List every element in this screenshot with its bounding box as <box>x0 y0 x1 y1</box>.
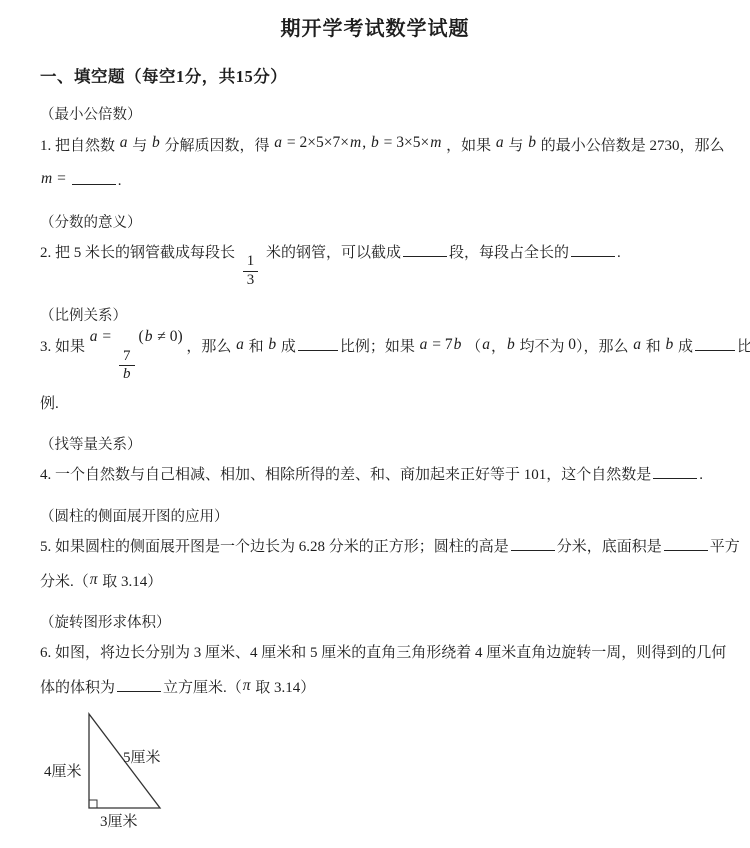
math-fraction: 7b <box>119 349 135 384</box>
math-fraction: 13 <box>243 254 259 289</box>
math-expression: ≠ 0) <box>153 328 182 345</box>
section-heading-fill-in-blanks: 一、填空题（每空1分，共15分） <box>40 63 710 87</box>
text-run: 取 3.14） <box>252 680 316 696</box>
exam-title: 期开学考试数学试题 <box>40 12 710 41</box>
question-4-line-1: 4. 一个自然数与自己相减、相加、相除所得的差、和、商加起来正好等于 101，这… <box>40 462 710 488</box>
text-run: 分米.（ <box>40 574 89 590</box>
math-expression: = 7 <box>428 336 452 353</box>
text-run: . <box>617 245 621 261</box>
right-triangle-figure: 4厘米 5厘米 3厘米 <box>40 710 230 835</box>
fraction-numerator: 7 <box>119 349 135 367</box>
hint-proportion: （比例关系） <box>40 304 710 325</box>
math-variable: b <box>453 336 463 353</box>
text-run: 3. 如果 <box>40 339 89 355</box>
math-variable: π <box>242 677 252 694</box>
math-variable: b <box>151 134 161 151</box>
answer-blank <box>571 241 615 257</box>
answer-blank <box>664 535 708 551</box>
text-run: 与 <box>505 138 528 154</box>
exam-page: 期开学考试数学试题 一、填空题（每空1分，共15分） （最小公倍数） 1. 把自… <box>0 0 750 848</box>
side-label-hypotenuse: 5厘米 <box>123 749 161 766</box>
question-1-line-1: 1. 把自然数 a 与 b 分解质因数，得 a = 2×5×7×m, b = 3… <box>40 132 710 159</box>
hint-rotation-volume: （旋转图形求体积） <box>40 611 710 632</box>
text-run: 和 <box>642 339 665 355</box>
math-variable: a <box>235 336 245 353</box>
fraction-numerator: 1 <box>243 254 259 272</box>
text-run: 4. 一个自然数与自己相减、相加、相除所得的差、和、商加起来正好等于 101，这… <box>40 467 651 483</box>
text-run: . <box>699 467 703 483</box>
math-variable: a <box>495 134 505 151</box>
math-expression: , <box>362 134 370 151</box>
question-6-line-2: 体的体积为立方厘米.（π 取 3.14） <box>40 674 710 701</box>
math-variable: a <box>481 336 491 353</box>
math-expression: 0 <box>568 336 576 353</box>
text-run: ，如果 <box>442 138 495 154</box>
text-run: 2. 把 5 米长的钢管截成每段长 <box>40 245 239 261</box>
math-expression: = <box>53 170 70 187</box>
fraction-denominator: b <box>119 366 135 383</box>
math-variable: a <box>419 336 429 353</box>
answer-blank <box>403 241 447 257</box>
question-2-line-1: 2. 把 5 米长的钢管截成每段长 13 米的钢管，可以截成段，每段占全长的. <box>40 240 710 289</box>
math-variable: a <box>119 134 129 151</box>
text-run: 体的体积为 <box>40 680 115 696</box>
side-label-base: 3厘米 <box>100 813 138 830</box>
answer-blank <box>298 335 338 351</box>
math-expression: = 3×5× <box>380 134 429 151</box>
text-run: ， <box>491 339 506 355</box>
text-run: 和 <box>245 339 268 355</box>
side-label-vertical: 4厘米 <box>44 763 82 780</box>
text-run: 成 <box>277 339 296 355</box>
triangle-figure-wrap: 4厘米 5厘米 3厘米 <box>40 710 710 840</box>
math-variable: b <box>665 336 675 353</box>
math-variable: b <box>267 336 277 353</box>
math-variable: m <box>40 170 53 187</box>
answer-blank <box>117 676 161 692</box>
question-5-line-2: 分米.（π 取 3.14） <box>40 568 710 595</box>
text-run: 6. 如图，将边长分别为 3 厘米、4 厘米和 5 厘米的直角三角形绕着 4 厘… <box>40 645 726 661</box>
math-variable: a <box>273 134 283 151</box>
math-expression: ( <box>139 328 144 345</box>
fraction-denominator: 3 <box>243 272 259 289</box>
text-run: ），那么 <box>576 339 632 355</box>
hint-fraction-meaning: （分数的意义） <box>40 211 710 232</box>
answer-blank <box>653 463 697 479</box>
math-variable: m <box>349 134 362 151</box>
text-run: 1. 把自然数 <box>40 138 119 154</box>
text-run: 平方 <box>710 539 740 555</box>
text-run: 段，每段占全长的 <box>449 245 569 261</box>
math-variable: π <box>89 571 99 588</box>
text-run: 米的钢管，可以截成 <box>262 245 401 261</box>
math-variable: a <box>89 328 99 345</box>
text-run: 分解质因数，得 <box>161 138 274 154</box>
math-expression: = 2×5×7× <box>283 134 349 151</box>
text-run: 的最小公倍数是 2730，那么 <box>537 138 725 154</box>
text-run: 均不为 <box>516 339 569 355</box>
text-run: 成 <box>674 339 693 355</box>
question-3-line-2: 例. <box>40 391 710 417</box>
hint-lcm: （最小公倍数） <box>40 103 710 124</box>
question-3-line-1: 3. 如果 a = 7b(b ≠ 0) ，那么 a 和 b 成比例；如果 a =… <box>40 333 710 383</box>
text-run: 比例；如果 <box>340 339 419 355</box>
math-variable: m <box>429 134 442 151</box>
math-variable: b <box>527 134 537 151</box>
answer-blank <box>695 335 735 351</box>
math-variable: b <box>144 328 154 345</box>
hint-equal-quantity: （找等量关系） <box>40 433 710 454</box>
text-run: 5. 如果圆柱的侧面展开图是一个边长为 6.28 分米的正方形；圆柱的高是 <box>40 539 509 555</box>
text-run: 取 3.14） <box>99 574 163 590</box>
text-run: ，那么 <box>183 339 236 355</box>
answer-blank <box>511 535 555 551</box>
text-run: . <box>118 173 122 189</box>
math-variable: a <box>632 336 642 353</box>
math-variable: b <box>506 336 516 353</box>
text-run: 分米，底面积是 <box>557 539 662 555</box>
text-run: 比 <box>737 339 750 355</box>
question-6-line-1: 6. 如图，将边长分别为 3 厘米、4 厘米和 5 厘米的直角三角形绕着 4 厘… <box>40 640 710 666</box>
math-expression: = <box>99 328 116 345</box>
text-run: 立方厘米.（ <box>163 680 242 696</box>
text-run: 例. <box>40 396 59 412</box>
text-run: （ <box>462 339 481 355</box>
answer-blank <box>72 169 116 185</box>
math-variable: b <box>370 134 380 151</box>
text-run: 与 <box>129 138 152 154</box>
hint-cylinder-unfold: （圆柱的侧面展开图的应用） <box>40 505 710 526</box>
question-5-line-1: 5. 如果圆柱的侧面展开图是一个边长为 6.28 分米的正方形；圆柱的高是分米，… <box>40 534 710 560</box>
question-1-line-2: m = . <box>40 167 710 194</box>
right-angle-marker <box>89 800 97 808</box>
